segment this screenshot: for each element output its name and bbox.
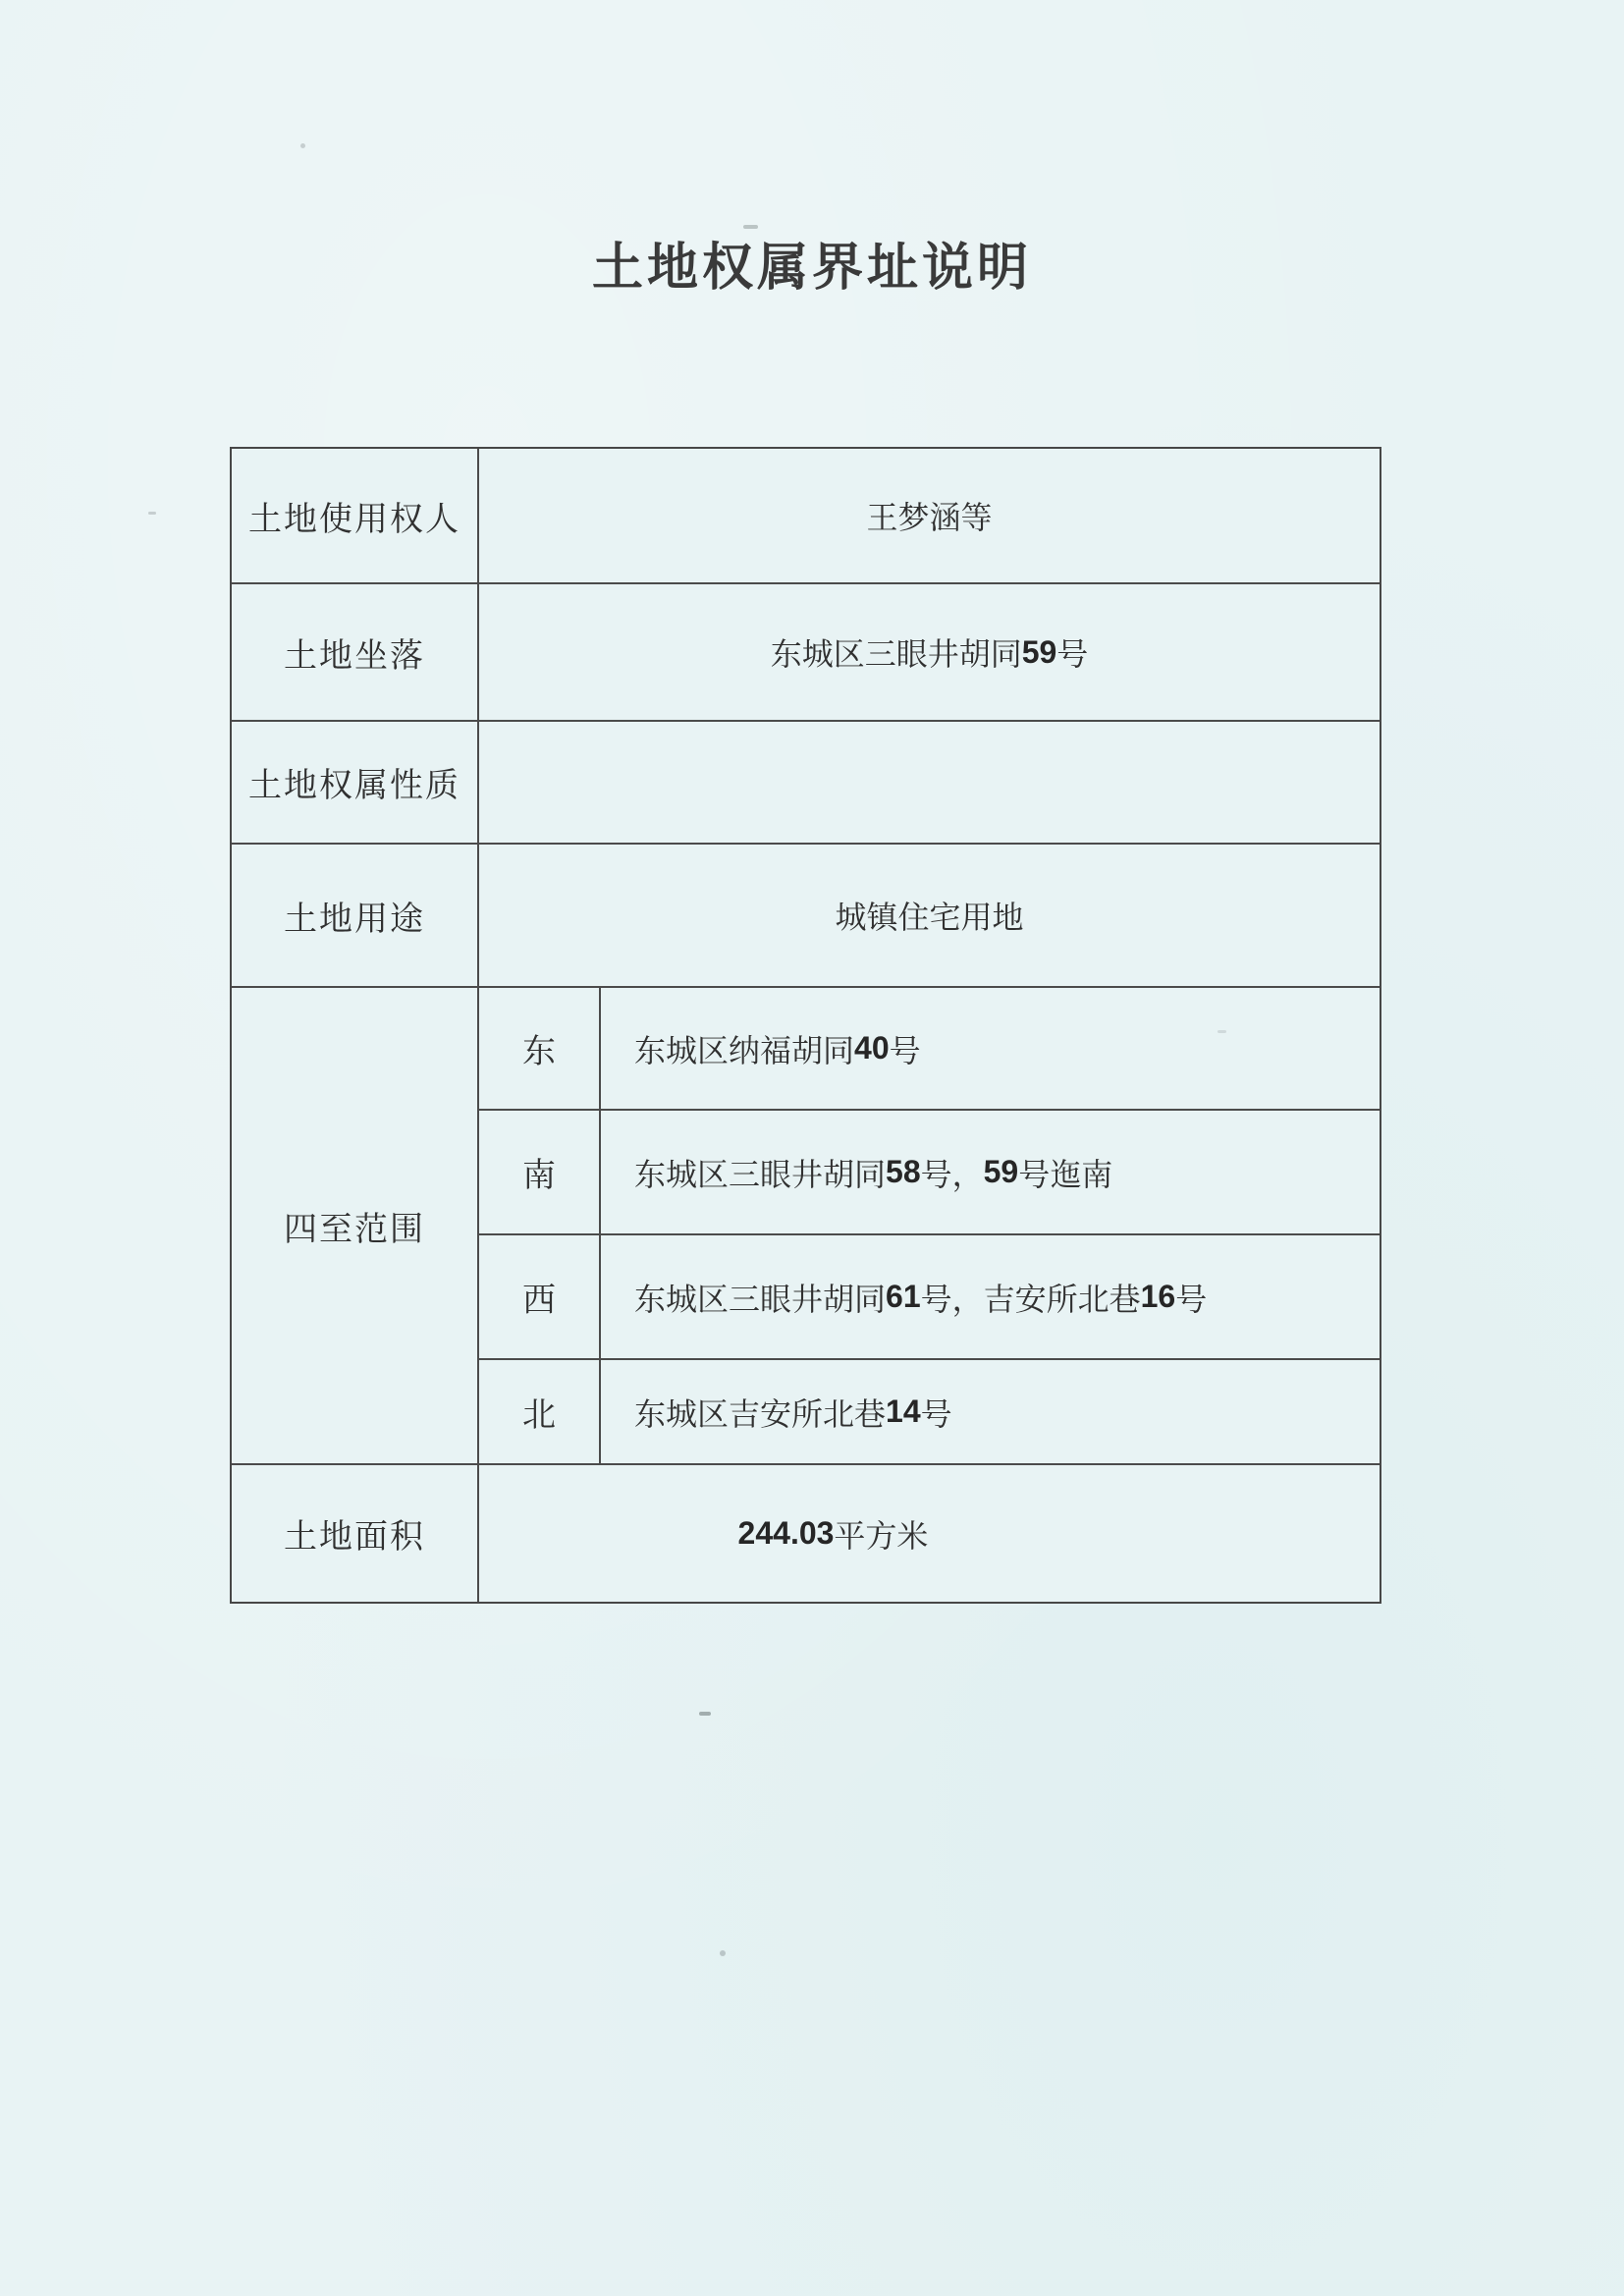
- direction-north: 北: [479, 1360, 599, 1463]
- scan-speck: [300, 143, 305, 148]
- value-land-area: 244.03 平方米: [479, 1465, 1380, 1602]
- value-land-use: 城镇住宅用地: [479, 845, 1380, 986]
- scan-speck: [720, 1950, 726, 1956]
- scan-speck: [699, 1712, 711, 1716]
- label-land-use: 土地用途: [232, 845, 477, 986]
- value-boundary-north: 东城区吉安所北巷 14 号: [601, 1360, 1380, 1463]
- value-land-location: 东城区三眼井胡同 59 号: [479, 584, 1380, 720]
- label-ownership-nature: 土地权属性质: [232, 722, 477, 843]
- scan-speck: [148, 512, 156, 515]
- document-title: 土地权属界址说明: [0, 226, 1624, 300]
- value-boundary-south: 东城区三眼井胡同 58 号，59 号迤南: [601, 1111, 1380, 1233]
- value-ownership-nature: [479, 722, 1380, 843]
- direction-east: 东: [479, 988, 599, 1109]
- scanned-document-page: 土地权属界址说明 土地使用权人 王梦涵等 土地坐落 东城区三眼井胡同 59 号 …: [0, 0, 1624, 2296]
- value-land-use-right-holder: 王梦涵等: [479, 449, 1380, 582]
- value-boundary-west: 东城区三眼井胡同 61 号，吉安所北巷 16 号: [601, 1235, 1380, 1358]
- direction-west: 西: [479, 1235, 599, 1358]
- value-boundary-east: 东城区纳福胡同 40 号: [601, 988, 1380, 1109]
- label-four-boundaries: 四至范围: [232, 988, 477, 1463]
- direction-south: 南: [479, 1111, 599, 1233]
- label-land-location: 土地坐落: [232, 584, 477, 720]
- label-land-area: 土地面积: [232, 1465, 477, 1602]
- land-info-table: 土地使用权人 王梦涵等 土地坐落 东城区三眼井胡同 59 号 土地权属性质 土地…: [230, 447, 1381, 1604]
- label-land-use-right-holder: 土地使用权人: [232, 449, 477, 582]
